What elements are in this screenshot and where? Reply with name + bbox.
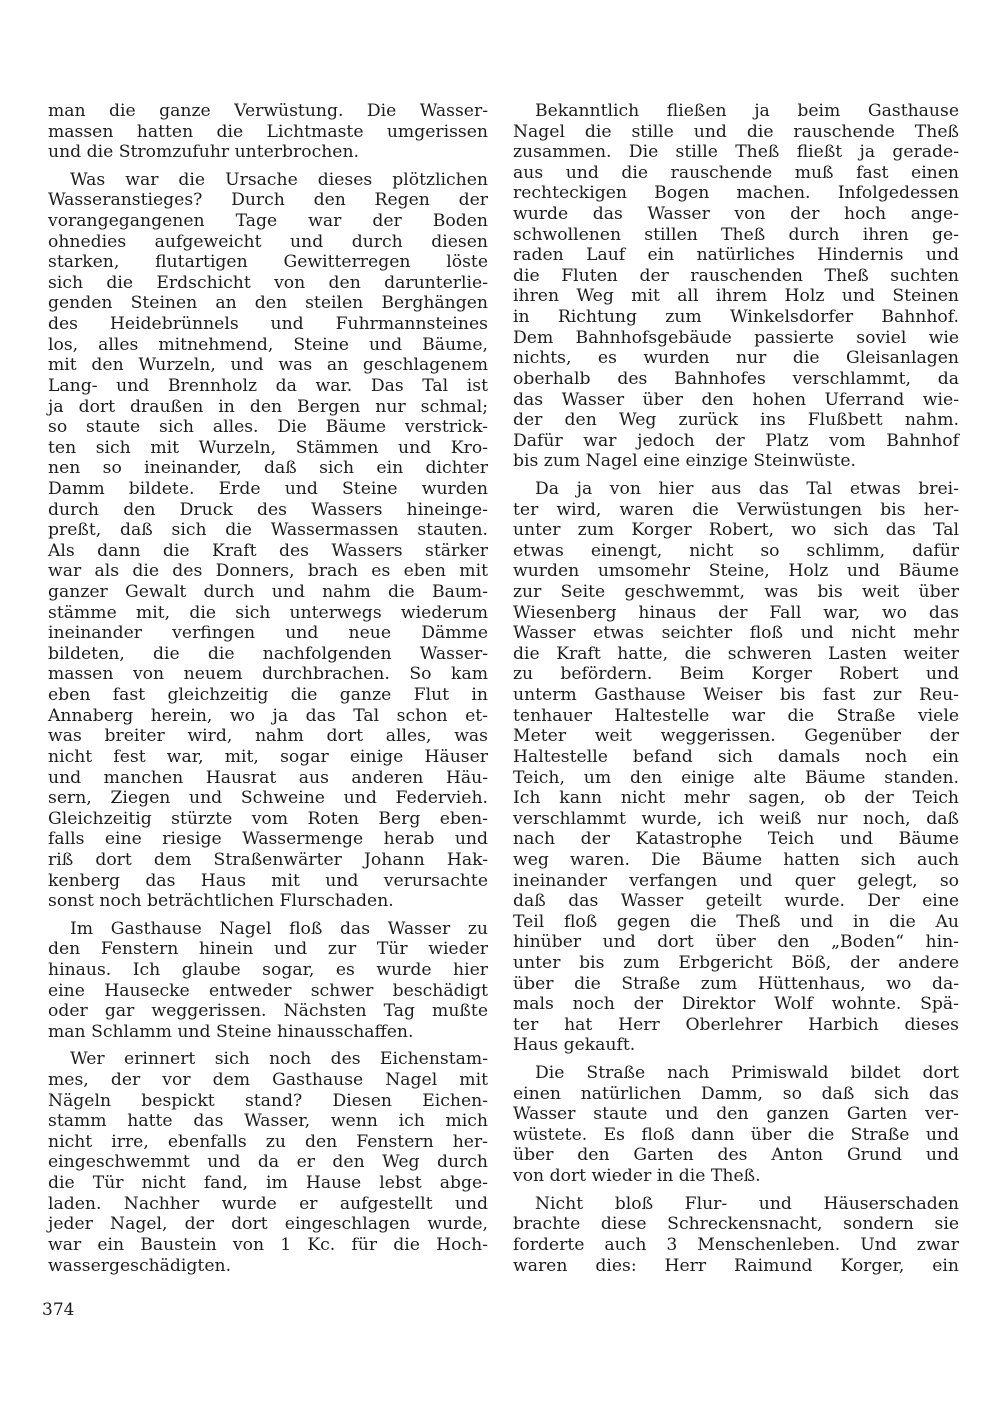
text-line: sich die Erdschicht von den darunterlie- [48,273,488,294]
text-line: die Kraft hatte, die schweren Lasten wei… [513,644,959,665]
text-line: den Fenstern hinein und zur Tür wieder [48,939,488,960]
text-line: waren dies: Herr Raimund Korger, ein [513,1256,959,1277]
text-line: Dem Bahnhofsgebäude passierte soviel wie [513,328,959,349]
text-line: unter bis zum Erbgericht Böß, der andere [513,953,959,974]
paragraph: Nicht bloß Flur- und Häuserschadenbracht… [513,1194,959,1276]
text-line: und manchen Hausrat aus anderen Häu- [48,768,488,789]
text-line: über die Straße zum Hüttenhaus, wo da- [513,974,959,995]
text-line: Im Gasthause Nagel floß das Wasser zu [48,919,488,940]
text-line: massen hatten die Lichtmaste umgerissen [48,122,488,143]
paragraph: Im Gasthause Nagel floß das Wasser zuden… [48,919,488,1043]
text-line: die Fluten der rauschenden Theß suchten [513,266,959,287]
text-line: Wiesenberg hinaus der Fall war, wo das [513,603,959,624]
text-line: Gleichzeitig stürzte vom Roten Berg eben… [48,809,488,830]
text-line: mes, der vor dem Gasthause Nagel mit [48,1070,488,1091]
text-line: über den Garten des Anton Grund und [513,1145,959,1166]
text-line: Wasseranstieges? Durch den Regen der [48,190,488,211]
text-line: Als dann die Kraft des Wassers stärker [48,541,488,562]
text-line: starken, flutartigen Gewitterregen löste [48,252,488,273]
text-line: einen natürlichen Damm, so daß sich das [513,1084,959,1105]
text-line: falls eine riesige Wassermenge herab und [48,829,488,850]
text-line: raden Lauf ein natürliches Hindernis und [513,245,959,266]
text-line: wüstete. Es floß dann über die Straße un… [513,1125,959,1146]
page-number: 374 [42,1300,74,1320]
text-line: zusammen. Die stille Theß fließt ja gera… [513,142,959,163]
text-line: preßt, daß sich die Wassermassen stauten… [48,520,488,541]
text-line: Haltestelle befand sich damals noch ein [513,747,959,768]
text-line: war als die des Donners, brach es eben m… [48,561,488,582]
text-line: ter hat Herr Oberlehrer Harbich dieses [513,1015,959,1036]
text-line: durch den Druck des Wassers hineinge- [48,500,488,521]
text-line: nicht irre, ebenfalls zu den Fenstern he… [48,1132,488,1153]
text-line: sonst noch beträchtlichen Flurschaden. [48,891,488,912]
text-line: Lang- und Brennholz da war. Das Tal ist [48,376,488,397]
text-line: wassergeschädigten. [48,1256,488,1277]
text-line: zu befördern. Beim Korger Robert und [513,664,959,685]
text-line: hinaus. Ich glaube sogar, es wurde hier [48,960,488,981]
text-line: und die Stromzufuhr unterbrochen. [48,142,488,163]
text-line: Wasser etwas seichter floß und nicht meh… [513,623,959,644]
text-line: Meter weit weggerissen. Gegenüber der [513,726,959,747]
text-line: das Wasser über den hohen Uferrand wie- [513,390,959,411]
text-line: unterm Gasthause Weiser bis fast zur Reu… [513,685,959,706]
text-line: Da ja von hier aus das Tal etwas brei- [513,479,959,500]
paragraph: Wer erinnert sich noch des Eichenstam-me… [48,1049,488,1276]
text-line: bildeten, die die nachfolgenden Wasser- [48,644,488,665]
text-line: Nägeln bespickt stand? Diesen Eichen- [48,1091,488,1112]
text-line: mals noch der Direktor Wolf wohnte. Spä- [513,994,959,1015]
text-line: oberhalb des Bahnhofes verschlammt, da [513,369,959,390]
document-page: man die ganze Verwüstung. Die Wasser-mas… [0,0,1000,1423]
text-line: verschlammt wurde, ich weiß nur noch, da… [513,809,959,830]
text-line: aus und die rauschende muß fast einen [513,163,959,184]
text-line: ihren Weg mit all ihrem Holz und Steinen [513,286,959,307]
text-line: nen so ineinander, daß sich ein dichter [48,458,488,479]
text-line: nach der Katastrophe Teich und Bäume [513,829,959,850]
text-line: brachte diese Schreckensnacht, sondern s… [513,1214,959,1235]
text-line: kenberg das Haus mit und verursachte [48,871,488,892]
left-column: man die ganze Verwüstung. Die Wasser-mas… [48,101,488,1283]
text-line: eine Hausecke entweder schwer beschädigt [48,981,488,1002]
text-line: Was war die Ursache dieses plötzlichen [48,170,488,191]
paragraph: Da ja von hier aus das Tal etwas brei-te… [513,479,959,1056]
text-line: bis zum Nagel eine einzige Steinwüste. [513,451,959,472]
text-line: ter wird, waren die Verwüstungen bis her… [513,500,959,521]
text-line: nichts, es wurden nur die Gleisanlagen [513,348,959,369]
text-line: Bekanntlich fließen ja beim Gasthause [513,101,959,122]
text-line: genden Steinen an den steilen Berghängen [48,293,488,314]
text-line: los, alles mitnehmend, Steine und Bäume, [48,335,488,356]
text-line: stämme mit, die sich unterwegs wiederum [48,603,488,624]
text-line: Teil floß gegen die Theß und in die Au [513,912,959,933]
text-line: tenhauer Haltestelle war die Straße viel… [513,706,959,727]
text-line: wurden umsomehr Steine, Holz und Bäume [513,561,959,582]
text-line: Wer erinnert sich noch des Eichenstam- [48,1049,488,1070]
right-column: Bekanntlich fließen ja beim GasthauseNag… [513,101,959,1283]
text-line: Haus gekauft. [513,1035,959,1056]
text-line: laden. Nachher wurde er aufgestellt und [48,1194,488,1215]
text-line: daß das Wasser geteilt wurde. Der eine [513,891,959,912]
text-line: massen von neuem durchbrachen. So kam [48,664,488,685]
text-line: riß dort dem Straßenwärter Johann Hak- [48,850,488,871]
text-line: Damm bildete. Erde und Steine wurden [48,479,488,500]
text-line: so staute sich alles. Die Bäume verstric… [48,417,488,438]
text-line: eben fast gleichzeitig die ganze Flut in [48,685,488,706]
text-line: Ich kann nicht mehr sagen, ob der Teich [513,788,959,809]
text-line: mit den Wurzeln, und was an geschlagenem [48,355,488,376]
text-line: etwas einengt, nicht so schlimm, dafür [513,541,959,562]
text-line: stamm hatte das Wasser, wenn ich mich [48,1111,488,1132]
text-line: ineinander verfangen und quer gelegt, so [513,871,959,892]
text-line: man Schlamm und Steine hinausschaffen. [48,1022,488,1043]
text-line: Dafür war jedoch der Platz vom Bahnhof [513,431,959,452]
paragraph: Was war die Ursache dieses plötzlichenWa… [48,170,488,912]
text-line: wurde das Wasser von der hoch ange- [513,204,959,225]
paragraph: Bekanntlich fließen ja beim GasthauseNag… [513,101,959,472]
text-line: jeder Nagel, der dort eingeschlagen wurd… [48,1214,488,1235]
text-line: ineinander verfingen und neue Dämme [48,623,488,644]
text-line: der den Weg zurück ins Flußbett nahm. [513,410,959,431]
text-line: Wasser staute und den ganzen Garten ver- [513,1104,959,1125]
text-line: hinüber und dort über den „Boden“ hin- [513,932,959,953]
text-line: ten sich mit Wurzeln, Stämmen und Kro- [48,438,488,459]
text-line: die Tür nicht fand, im Hause lebst abge- [48,1173,488,1194]
text-line: Nicht bloß Flur- und Häuserschaden [513,1194,959,1215]
text-line: was breiter wird, nahm dort alles, was [48,726,488,747]
text-line: Die Straße nach Primiswald bildet dort [513,1063,959,1084]
text-line: zur Seite geschwemmt, was bis weit über [513,582,959,603]
text-line: vorangegangenen Tage war der Boden [48,211,488,232]
text-line: ja dort draußen in den Bergen nur schmal… [48,397,488,418]
text-line: schwollenen stillen Theß durch ihren ge- [513,225,959,246]
paragraph: man die ganze Verwüstung. Die Wasser-mas… [48,101,488,163]
text-line: war ein Baustein von 1 Kc. für die Hoch- [48,1235,488,1256]
text-line: von dort wieder in die Theß. [513,1166,959,1187]
text-line: oder gar weggerissen. Nächsten Tag mußte [48,1001,488,1022]
text-line: Annaberg herein, wo ja das Tal schon et- [48,706,488,727]
text-line: ganzer Gewalt durch und nahm die Baum- [48,582,488,603]
text-line: eingeschwemmt und da er den Weg durch [48,1152,488,1173]
paragraph: Die Straße nach Primiswald bildet dortei… [513,1063,959,1187]
text-line: nicht fest war, mit, sogar einige Häuser [48,747,488,768]
text-line: Teich, um den einige alte Bäume standen. [513,768,959,789]
text-line: man die ganze Verwüstung. Die Wasser- [48,101,488,122]
text-line: forderte auch 3 Menschenleben. Und zwar [513,1235,959,1256]
text-line: des Heidebrünnels und Fuhrmannsteines [48,314,488,335]
text-line: rechteckigen Bogen machen. Infolgedessen [513,183,959,204]
text-line: in Richtung zum Winkelsdorfer Bahnhof. [513,307,959,328]
text-line: ohnedies aufgeweicht und durch diesen [48,232,488,253]
text-line: unter zum Korger Robert, wo sich das Tal [513,520,959,541]
text-line: Nagel die stille und die rauschende Theß [513,122,959,143]
text-line: sern, Ziegen und Schweine und Federvieh. [48,788,488,809]
text-line: weg waren. Die Bäume hatten sich auch [513,850,959,871]
